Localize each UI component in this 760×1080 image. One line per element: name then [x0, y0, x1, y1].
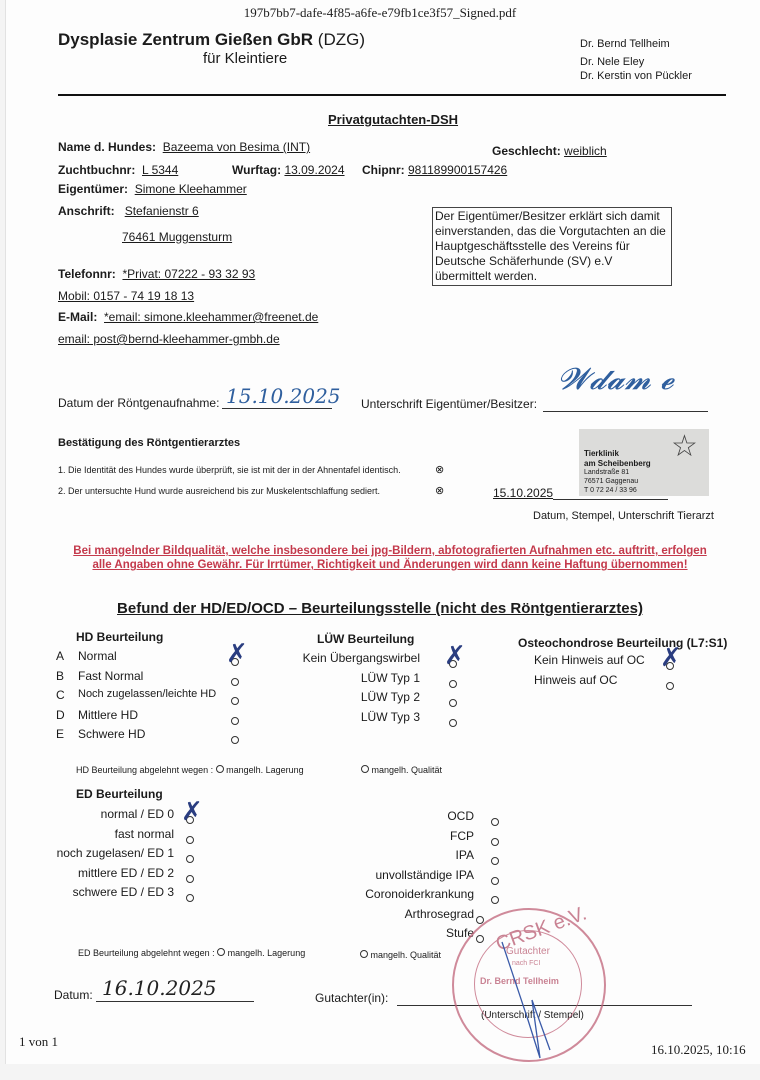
confirm-2-checked-icon: ⊗ — [435, 484, 444, 497]
file-name: 197b7bb7-dafe-4f85-a6fe-e79fb1ce3f57_Sig… — [0, 5, 760, 21]
confirm-title: Bestätigung des Röntgentierarztes — [58, 437, 240, 449]
hd-rejected-row: HD Beurteilung abgelehnt wegen : mangelh… — [76, 765, 304, 775]
ed-reject-lagerung-radio[interactable] — [217, 948, 225, 956]
luew-option-label: LÜW Typ 3 — [361, 710, 420, 724]
studbook-row: Zuchtbuchnr: L 5344 — [58, 163, 178, 177]
examiner-signature — [500, 940, 560, 1060]
check-mark-icon: ✗ — [226, 641, 248, 667]
oc-option-label: Hinweis auf OC — [534, 673, 617, 687]
hd-option-label: Schwere HD — [78, 727, 145, 741]
dog-sex-row: Geschlecht: weiblich — [492, 144, 607, 158]
owner-row: Eigentümer: Simone Kleehammer — [58, 182, 247, 196]
hd-option-radio[interactable] — [231, 692, 239, 710]
hd-option-label: Normal — [78, 649, 117, 663]
hd-option-radio[interactable] — [231, 712, 239, 730]
hd-option-label: Mittlere HD — [78, 708, 138, 722]
luew-option-radio[interactable] — [449, 714, 457, 732]
page-count: 1 von 1 — [19, 1034, 58, 1050]
hd-option-radio[interactable] — [231, 731, 239, 749]
xray-date-label: Datum der Röntgenaufnahme: — [58, 396, 219, 410]
birth-row: Wurftag: 13.09.2024 — [232, 163, 345, 177]
vet-caption: Datum, Stempel, Unterschrift Tierarzt — [533, 510, 714, 522]
oc-option-radio[interactable] — [666, 677, 674, 695]
ed-detail-radio[interactable] — [491, 891, 499, 909]
ed-detail-radio[interactable] — [491, 872, 499, 890]
luew-option-label: Kein Übergangswirbel — [303, 651, 420, 665]
quality-warning-2: alle Angaben ohne Gewähr. Für Irrtümer, … — [40, 559, 740, 571]
footer-date-line — [96, 1001, 254, 1002]
hd-title: HD Beurteilung — [76, 630, 163, 644]
footer-date-handwritten: 16.10.2025 — [102, 976, 217, 1000]
ed-detail-label: FCP — [450, 829, 474, 843]
hd-option-radio[interactable] — [231, 673, 239, 691]
ed-detail-radio[interactable] — [491, 833, 499, 851]
ed-rejected-quality: mangelh. Qualität — [360, 950, 441, 960]
luew-option-label: LÜW Typ 2 — [361, 690, 420, 704]
hd-grade: C — [56, 688, 65, 702]
consent-box: Der Eigentümer/Besitzer erklärt sich dam… — [432, 207, 672, 286]
ed-detail-label: IPA — [456, 848, 474, 862]
dog-name-row: Name d. Hundes: Bazeema von Besima (INT) — [58, 140, 310, 154]
vet-clinic-stamp: Tierklinik am Scheibenberg Landstraße 81… — [579, 429, 709, 496]
print-timestamp: 16.10.2025, 10:16 — [651, 1042, 746, 1058]
ed-option-radio[interactable] — [186, 831, 194, 849]
email-2: email: post@bernd-kleehammer-gmbh.de — [58, 332, 280, 346]
hd-option-label: Fast Normal — [78, 669, 143, 683]
luew-option-radio[interactable] — [449, 694, 457, 712]
hd-grade: B — [56, 669, 64, 683]
org-name: Dysplasie Zentrum Gießen GbR (DZG) — [58, 30, 365, 50]
hd-rejected-quality: mangelh. Qualität — [361, 765, 442, 775]
oc-title: Osteochondrose Beurteilung (L7:S1) — [518, 636, 727, 650]
hd-option-label: Noch zugelassen/leichte HD — [78, 688, 216, 700]
ed-option-label: schwere ED / ED 3 — [73, 885, 174, 899]
footer-date-label: Datum: — [54, 988, 93, 1002]
ed-detail-radio[interactable] — [491, 852, 499, 870]
mobile: Mobil: 0157 - 74 19 18 13 — [58, 289, 194, 303]
owner-signature: 𝓦𝓭𝓪𝓶 𝓮 — [558, 362, 674, 397]
hd-reject-quality-radio[interactable] — [361, 765, 369, 773]
ed-title: ED Beurteilung — [76, 787, 163, 801]
address-city: 76461 Muggensturm — [122, 230, 232, 244]
check-mark-icon: ✗ — [181, 799, 203, 825]
org-sub: für Kleintiere — [203, 50, 287, 67]
owner-signature-label: Unterschrift Eigentümer/Besitzer: — [361, 397, 537, 411]
vet-date: 15.10.2025 — [493, 486, 553, 500]
doctor-3: Dr. Kerstin von Pückler — [580, 70, 692, 82]
confirm-1: 1. Die Identität des Hundes wurde überpr… — [58, 465, 401, 475]
hd-grade: D — [56, 708, 65, 722]
ed-rejected-row: ED Beurteilung abgelehnt wegen : mangelh… — [78, 948, 305, 958]
owner-signature-line — [543, 411, 708, 412]
vet-sign-line — [553, 499, 668, 500]
check-mark-icon: ✗ — [660, 645, 682, 671]
page-title: Privatgutachten-DSH — [328, 112, 458, 127]
hd-reject-lagerung-radio[interactable] — [216, 765, 224, 773]
ed-option-label: noch zugelasen/ ED 1 — [57, 846, 174, 860]
luew-option-label: LÜW Typ 1 — [361, 671, 420, 685]
confirm-1-checked-icon: ⊗ — [435, 463, 444, 476]
header-rule — [58, 94, 726, 96]
hd-grade: A — [56, 649, 64, 663]
chip-row: Chipnr: 981189900157426 — [362, 163, 507, 177]
check-mark-icon: ✗ — [444, 643, 466, 669]
phone-row: Telefonnr: *Privat: 07222 - 93 32 93 — [58, 267, 255, 281]
doctor-2: Dr. Nele Eley — [580, 56, 644, 68]
xray-date-handwritten: 15.10.2025 — [226, 384, 341, 408]
luew-title: LÜW Beurteilung — [317, 632, 414, 646]
ed-detail-label: OCD — [447, 809, 474, 823]
ed-option-label: mittlere ED / ED 2 — [78, 866, 174, 880]
confirm-2: 2. Der untersuchte Hund wurde ausreichen… — [58, 486, 380, 496]
ed-option-radio[interactable] — [186, 850, 194, 868]
email-row: E-Mail: *email: simone.kleehammer@freene… — [58, 310, 318, 324]
findings-title: Befund der HD/ED/OCD – Beurteilungsstell… — [0, 600, 760, 617]
address-row: Anschrift: Stefanienstr 6 — [58, 204, 199, 218]
ed-detail-label: Coronoiderkrankung — [365, 887, 474, 901]
ed-detail-label: unvollständige IPA — [375, 868, 474, 882]
hd-grade: E — [56, 727, 64, 741]
doctor-1: Dr. Bernd Tellheim — [580, 38, 670, 50]
ed-reject-quality-radio[interactable] — [360, 950, 368, 958]
oc-option-label: Kein Hinweis auf OC — [534, 653, 645, 667]
luew-option-radio[interactable] — [449, 675, 457, 693]
stamp-logo-icon: ☆ — [671, 429, 698, 464]
examiner-label: Gutachter(in): — [315, 991, 388, 1005]
document-page — [5, 0, 760, 1064]
ed-option-radio[interactable] — [186, 870, 194, 888]
ed-option-label: normal / ED 0 — [101, 807, 174, 821]
xray-date-line — [222, 408, 332, 409]
ed-option-label: fast normal — [115, 827, 174, 841]
quality-warning-1: Bei mangelnder Bildqualität, welche insb… — [40, 545, 740, 557]
ed-detail-radio[interactable] — [491, 813, 499, 831]
ed-detail-label: Arthrosegrad — [405, 907, 474, 921]
ed-option-radio[interactable] — [186, 889, 194, 907]
